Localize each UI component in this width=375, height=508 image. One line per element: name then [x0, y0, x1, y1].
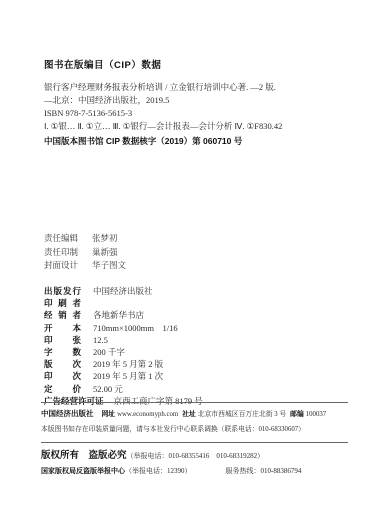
quality-notice-line: 本版图书如存在印装质量问题，请与本社发行中心联系调换（联系电话：010-6833…	[41, 425, 348, 435]
cip-number-line: 中国版本图书馆 CIP 数据核字（2019）第 060710 号	[44, 135, 347, 148]
pub-row: 出版发行 中国经济出版社	[44, 285, 203, 297]
pub-row: 开本 710mm×1000mm 1/16	[44, 322, 203, 334]
pub-label: 印刷者	[44, 297, 81, 309]
website-url: www.economyph.com	[117, 411, 178, 418]
pub-value: 52.00 元	[93, 383, 123, 395]
pub-value: 各地新华书店	[93, 309, 144, 321]
pub-value: 2019 年 5 月第 2 版	[93, 358, 163, 370]
cip-publisher-line: —北京：中国经济出版社，2019.5	[44, 94, 347, 107]
address-value: 北京市西城区百万庄北街 3 号	[198, 411, 286, 418]
pub-row: 版次 2019 年 5 月第 2 版	[44, 358, 203, 370]
colophon-page: 图书在版编目（CIP）数据 银行客户经理财务报表分析培训 / 立金银行培训中心著…	[0, 0, 375, 508]
zip-label: 邮编	[290, 411, 304, 418]
pub-label: 开本	[44, 322, 81, 334]
cip-block: 图书在版编目（CIP）数据 银行客户经理财务报表分析培训 / 立金银行培训中心著…	[44, 57, 347, 148]
staff-label: 封面设计	[44, 259, 82, 273]
pub-row: 印次 2019 年 5 月第 1 次	[44, 370, 203, 382]
cip-classification-line: Ⅰ. ①银… Ⅱ. ①立… Ⅲ. ①银行—会计报表—会计分析 Ⅳ. ①F830.…	[44, 120, 347, 133]
divider	[41, 402, 348, 403]
service-hotline: 服务热线：010-88386794	[226, 467, 302, 475]
web-label: 网址	[102, 411, 116, 418]
copyright-phones: （举报电话：010-68355416 010-68319282）	[127, 452, 265, 460]
staff-block: 责任编辑 张梦初 责任印制 巢新强 封面设计 华子图文	[44, 232, 126, 273]
staff-row: 封面设计 华子图文	[44, 259, 126, 273]
staff-label: 责任印制	[44, 246, 82, 260]
pub-label: 印张	[44, 334, 81, 346]
anti-piracy-line: 国家版权局反盗版举报中心（举报电话：12390）服务热线：010-8838679…	[41, 466, 348, 477]
pub-value: 710mm×1000mm 1/16	[93, 322, 178, 334]
divider	[41, 442, 348, 443]
staff-row: 责任印制 巢新强	[44, 246, 126, 260]
footer-block: 中国经济出版社网址www.economyph.com社址北京市西城区百万庄北街 …	[41, 402, 348, 477]
pub-row: 印刷者	[44, 297, 203, 309]
publication-block: 出版发行 中国经济出版社 印刷者 经销者 各地新华书店 开本 710mm×100…	[44, 285, 203, 407]
pub-label: 字数	[44, 346, 81, 358]
address-label: 社址	[182, 411, 196, 418]
pub-label: 出版发行	[44, 285, 81, 297]
pub-value: 中国经济出版社	[93, 285, 153, 297]
staff-row: 责任编辑 张梦初	[44, 232, 126, 246]
zip-value: 100037	[306, 411, 326, 418]
copyright-statement: 版权所有 盗版必究	[41, 450, 127, 461]
pub-label: 版次	[44, 358, 81, 370]
staff-value: 巢新强	[92, 246, 118, 260]
staff-value: 张梦初	[92, 232, 118, 246]
pub-label: 经销者	[44, 309, 81, 321]
pub-label: 定价	[44, 383, 81, 395]
cip-book-title-line: 银行客户经理财务报表分析培训 / 立金银行培训中心著. —2 版.	[44, 81, 347, 94]
staff-value: 华子图文	[92, 259, 126, 273]
cip-isbn-line: ISBN 978-7-5136-5615-3	[44, 107, 347, 120]
pub-row: 字数 200 千字	[44, 346, 203, 358]
pub-value: 200 千字	[93, 346, 125, 358]
pub-value: 2019 年 5 月第 1 次	[93, 370, 163, 382]
copyright-line: 版权所有 盗版必究（举报电话：010-68355416 010-68319282…	[41, 448, 348, 462]
pub-value: 12.5	[93, 334, 108, 346]
pub-row: 定价 52.00 元	[44, 383, 203, 395]
pub-label: 印次	[44, 370, 81, 382]
publisher-contact-line: 中国经济出版社网址www.economyph.com社址北京市西城区百万庄北街 …	[41, 409, 348, 420]
anti-piracy-center: 国家版权局反盗版举报中心	[41, 468, 125, 475]
staff-label: 责任编辑	[44, 232, 82, 246]
publisher-name: 中国经济出版社	[41, 409, 94, 418]
cip-title: 图书在版编目（CIP）数据	[44, 57, 347, 71]
pub-row: 印张 12.5	[44, 334, 203, 346]
pub-row: 经销者 各地新华书店	[44, 309, 203, 321]
anti-piracy-phone: （举报电话：12390）	[125, 467, 192, 475]
